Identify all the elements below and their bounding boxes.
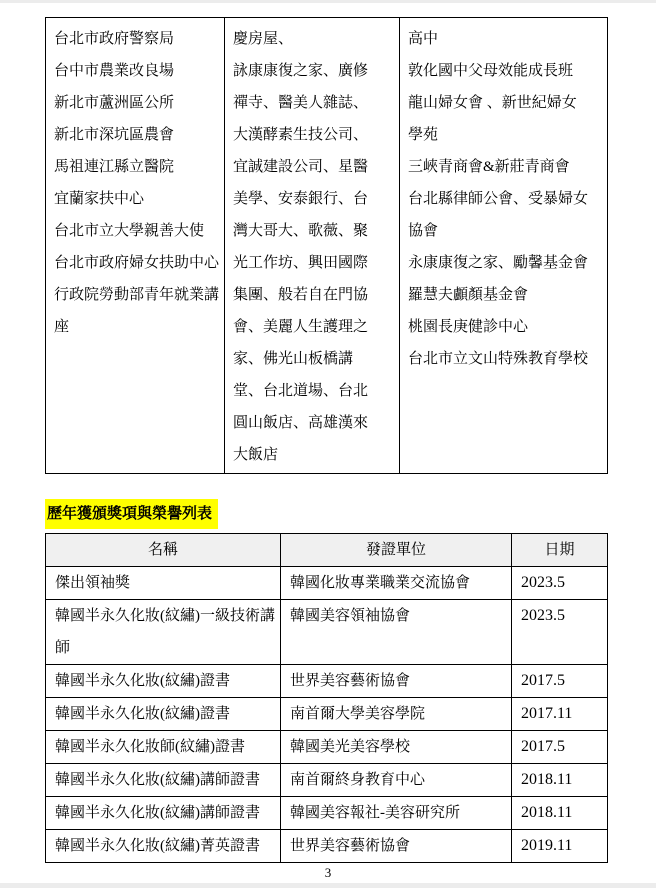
award-name-cell: 韓國半永久化妝(紋繡)證書 <box>46 665 281 698</box>
award-name-cell: 傑出領袖獎 <box>46 567 281 600</box>
award-issuer-cell: 韓國美容報社-美容研究所 <box>281 797 512 830</box>
org-line: 台北市立大學親善大使 <box>54 215 220 247</box>
org-line: 台中市農業改良場 <box>54 55 220 87</box>
org-line: 台北市政府警察局 <box>54 23 220 55</box>
award-name-cell: 韓國半永久化妝(紋繡)菁英證書 <box>46 830 281 863</box>
table-row: 韓國半永久化妝師(紋繡)證書 韓國美光美容學校 2017.5 <box>46 731 608 764</box>
organizations-col-3: 高中 敦化國中父母效能成長班 龍山婦女會 、新世紀婦女 學苑 三峽青商會&新莊青… <box>400 18 608 474</box>
org-line: 堂、台北道場、台北 <box>233 375 395 407</box>
org-line: 詠康康復之家、廣修 <box>233 55 395 87</box>
award-date-cell: 2017.5 <box>512 665 608 698</box>
org-line: 三峽青商會&新莊青商會 <box>408 151 603 183</box>
org-line: 集團、般若自在門協 <box>233 279 395 311</box>
award-issuer-cell: 韓國美光美容學校 <box>281 731 512 764</box>
org-line: 行政院勞動部青年就業講 <box>54 279 220 311</box>
document-page: 台北市政府警察局 台中市農業改良場 新北市蘆洲區公所 新北市深坑區農會 馬祖連江… <box>0 3 656 883</box>
award-issuer-cell: 世界美容藝術協會 <box>281 665 512 698</box>
table-row: 韓國半永久化妝(紋繡)一級技術講師 韓國美容領袖協會 2023.5 <box>46 600 608 665</box>
org-line: 永康康復之家、勵馨基金會 <box>408 247 603 279</box>
award-issuer-cell: 韓國化妝專業職業交流協會 <box>281 567 512 600</box>
awards-header-issuer: 發證單位 <box>281 534 512 567</box>
org-line: 家、佛光山板橋講 <box>233 343 395 375</box>
table-row: 韓國半永久化妝(紋繡)證書 世界美容藝術協會 2017.5 <box>46 665 608 698</box>
org-line: 馬祖連江縣立醫院 <box>54 151 220 183</box>
organizations-table: 台北市政府警察局 台中市農業改良場 新北市蘆洲區公所 新北市深坑區農會 馬祖連江… <box>45 17 608 474</box>
org-line: 台北縣律師公會、受暴婦女 <box>408 183 603 215</box>
page-number: 3 <box>0 865 656 881</box>
org-line: 禪寺、醫美人雜誌、 <box>233 87 395 119</box>
org-line: 羅慧夫顱顏基金會 <box>408 279 603 311</box>
award-date-cell: 2017.5 <box>512 731 608 764</box>
awards-table: 名稱 發證單位 日期 傑出領袖獎 韓國化妝專業職業交流協會 2023.5 韓國半… <box>45 533 608 863</box>
awards-header-name: 名稱 <box>46 534 281 567</box>
org-line: 美學、安泰銀行、台 <box>233 183 395 215</box>
org-line: 宜誠建設公司、星醫 <box>233 151 395 183</box>
award-date-cell: 2018.11 <box>512 797 608 830</box>
org-line: 大飯店 <box>233 439 395 471</box>
award-name-cell: 韓國半永久化妝(紋繡)講師證書 <box>46 797 281 830</box>
organizations-col-2: 慶房屋、 詠康康復之家、廣修 禪寺、醫美人雜誌、 大漢酵素生技公司、 宜誠建設公… <box>225 18 400 474</box>
award-issuer-cell: 南首爾大學美容學院 <box>281 698 512 731</box>
org-line: 座 <box>54 311 220 343</box>
table-row: 傑出領袖獎 韓國化妝專業職業交流協會 2023.5 <box>46 567 608 600</box>
org-line: 高中 <box>408 23 603 55</box>
organizations-row: 台北市政府警察局 台中市農業改良場 新北市蘆洲區公所 新北市深坑區農會 馬祖連江… <box>46 18 608 474</box>
org-line: 桃園長庚健診中心 <box>408 311 603 343</box>
org-line: 台北市立文山特殊教育學校 <box>408 343 603 375</box>
org-line: 新北市蘆洲區公所 <box>54 87 220 119</box>
org-line: 光工作坊、興田國際 <box>233 247 395 279</box>
award-name-cell: 韓國半永久化妝(紋繡)一級技術講師 <box>46 600 281 665</box>
award-name-cell: 韓國半永久化妝(紋繡)講師證書 <box>46 764 281 797</box>
org-line: 慶房屋、 <box>233 23 395 55</box>
award-issuer-cell: 世界美容藝術協會 <box>281 830 512 863</box>
table-row: 韓國半永久化妝(紋繡)證書 南首爾大學美容學院 2017.11 <box>46 698 608 731</box>
org-line: 圓山飯店、高雄漢來 <box>233 407 395 439</box>
org-line: 灣大哥大、歌薇、聚 <box>233 215 395 247</box>
organizations-col-1: 台北市政府警察局 台中市農業改良場 新北市蘆洲區公所 新北市深坑區農會 馬祖連江… <box>46 18 225 474</box>
awards-header-date: 日期 <box>512 534 608 567</box>
org-line: 學苑 <box>408 119 603 151</box>
table-row: 韓國半永久化妝(紋繡)講師證書 韓國美容報社-美容研究所 2018.11 <box>46 797 608 830</box>
award-date-cell: 2019.11 <box>512 830 608 863</box>
org-line: 台北市政府婦女扶助中心 <box>54 247 220 279</box>
org-line: 會、美麗人生護理之 <box>233 311 395 343</box>
award-date-cell: 2017.11 <box>512 698 608 731</box>
table-row: 韓國半永久化妝(紋繡)講師證書 南首爾終身教育中心 2018.11 <box>46 764 608 797</box>
award-name-cell: 韓國半永久化妝(紋繡)證書 <box>46 698 281 731</box>
award-issuer-cell: 南首爾終身教育中心 <box>281 764 512 797</box>
award-date-cell: 2023.5 <box>512 600 608 665</box>
org-line: 宜蘭家扶中心 <box>54 183 220 215</box>
org-line: 龍山婦女會 、新世紀婦女 <box>408 87 603 119</box>
org-line: 敦化國中父母效能成長班 <box>408 55 603 87</box>
award-name-cell: 韓國半永久化妝師(紋繡)證書 <box>46 731 281 764</box>
award-date-cell: 2023.5 <box>512 567 608 600</box>
award-issuer-cell: 韓國美容領袖協會 <box>281 600 512 665</box>
org-line: 協會 <box>408 215 603 247</box>
table-row: 韓國半永久化妝(紋繡)菁英證書 世界美容藝術協會 2019.11 <box>46 830 608 863</box>
awards-header-row: 名稱 發證單位 日期 <box>46 534 608 567</box>
org-line: 大漢酵素生技公司、 <box>233 119 395 151</box>
org-line: 新北市深坑區農會 <box>54 119 220 151</box>
awards-section-heading: 歷年獲頒獎項與榮譽列表 <box>45 499 218 529</box>
award-date-cell: 2018.11 <box>512 764 608 797</box>
